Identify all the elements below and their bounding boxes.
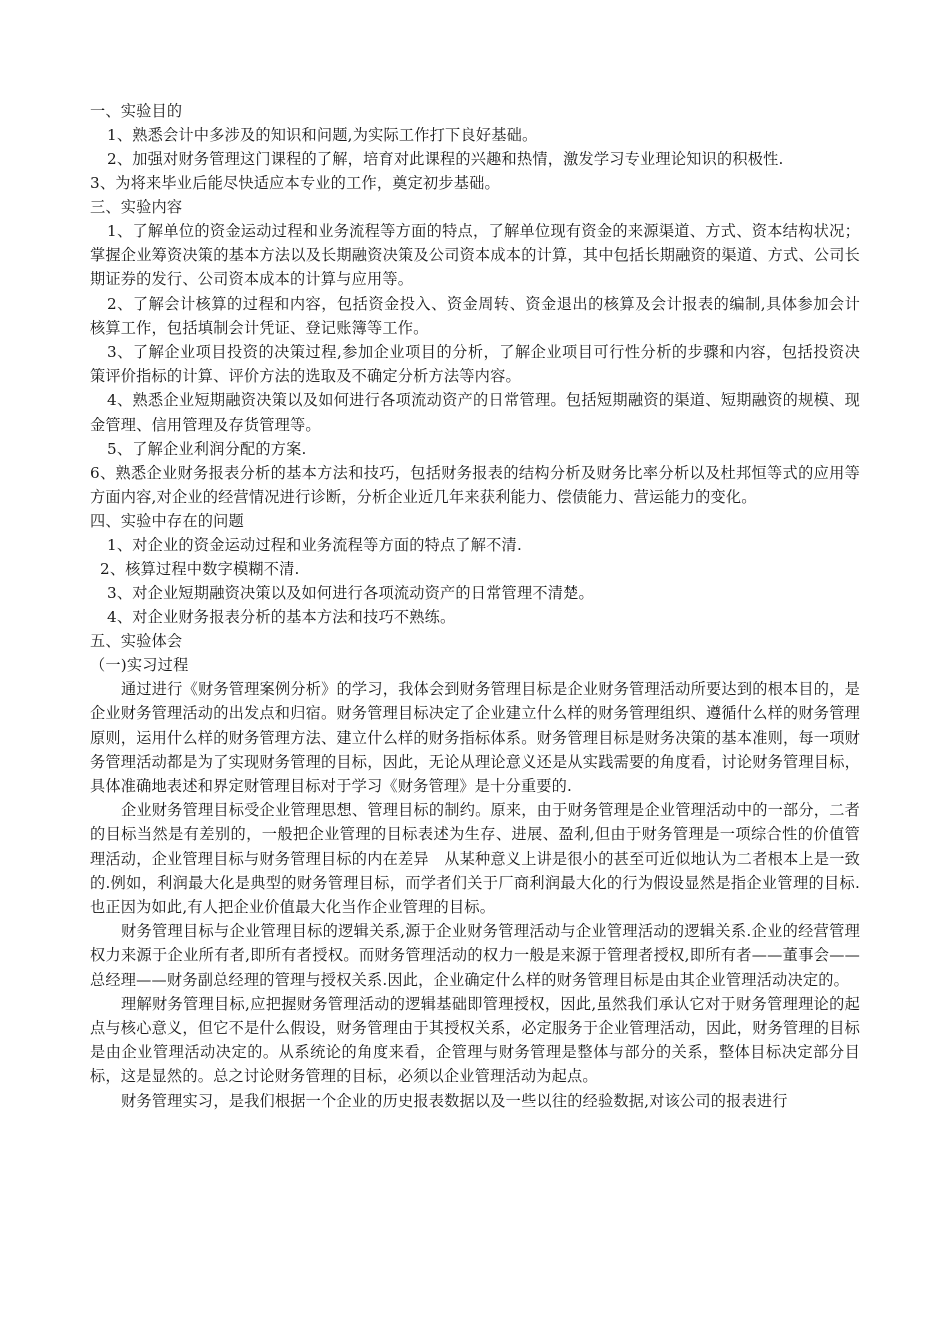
content-item-4: 4、熟悉企业短期融资决策以及如何进行各项流动资产的日常管理。包括短期融资的渠道、… bbox=[90, 388, 860, 436]
reflection-paragraph-5: 财务管理实习，是我们根据一个企业的历史报表数据以及一些以往的经验数据,对该公司的… bbox=[90, 1089, 860, 1113]
content-item-5: 5、了解企业利润分配的方案. bbox=[90, 437, 860, 461]
content-item-2: 2、了解会计核算的过程和内容，包括资金投入、资金周转、资金退出的核算及会计报表的… bbox=[90, 292, 860, 340]
reflection-paragraph-1: 通过进行《财务管理案例分析》的学习，我体会到财务管理目标是企业财务管理活动所要达… bbox=[90, 677, 860, 798]
reflection-paragraph-4: 理解财务管理目标,应把握财务管理活动的逻辑基础即管理授权，因此,虽然我们承认它对… bbox=[90, 992, 860, 1089]
problem-item-4: 4、对企业财务报表分析的基本方法和技巧不熟练。 bbox=[90, 605, 860, 629]
content-item-6: 6、熟悉企业财务报表分析的基本方法和技巧，包括财务报表的结构分析及财务比率分析以… bbox=[90, 461, 860, 509]
problem-item-2: 2、核算过程中数字模糊不清. bbox=[90, 557, 860, 581]
section-heading-reflection: 五、实验体会 bbox=[90, 629, 860, 653]
content-item-1: 1、了解单位的资金运动过程和业务流程等方面的特点，了解单位现有资金的来源渠道、方… bbox=[90, 219, 860, 292]
purpose-item-2: 2、加强对财务管理这门课程的了解，培育对此课程的兴趣和热情，激发学习专业理论知识… bbox=[90, 147, 860, 171]
subsection-heading-process: （一)实习过程 bbox=[90, 653, 860, 677]
reflection-paragraph-2: 企业财务管理目标受企业管理思想、管理目标的制约。原来，由于财务管理是企业管理活动… bbox=[90, 798, 860, 919]
purpose-item-3: 3、为将来毕业后能尽快适应本专业的工作，奠定初步基础。 bbox=[90, 171, 860, 195]
section-heading-content: 三、实验内容 bbox=[90, 195, 860, 219]
document-page: 一、实验目的 1、熟悉会计中多涉及的知识和问题,为实际工作打下良好基础。 2、加… bbox=[90, 99, 860, 1113]
reflection-paragraph-3: 财务管理目标与企业管理目标的逻辑关系,源于企业财务管理活动与企业管理活动的逻辑关… bbox=[90, 919, 860, 992]
section-heading-problems: 四、实验中存在的问题 bbox=[90, 509, 860, 533]
content-item-3: 3、了解企业项目投资的决策过程,参加企业项目的分析，了解企业项目可行性分析的步骤… bbox=[90, 340, 860, 388]
problem-item-3: 3、对企业短期融资决策以及如何进行各项流动资产的日常管理不清楚。 bbox=[90, 581, 860, 605]
problem-item-1: 1、对企业的资金运动过程和业务流程等方面的特点了解不清. bbox=[90, 533, 860, 557]
purpose-item-1: 1、熟悉会计中多涉及的知识和问题,为实际工作打下良好基础。 bbox=[90, 123, 860, 147]
section-heading-purpose: 一、实验目的 bbox=[90, 99, 860, 123]
